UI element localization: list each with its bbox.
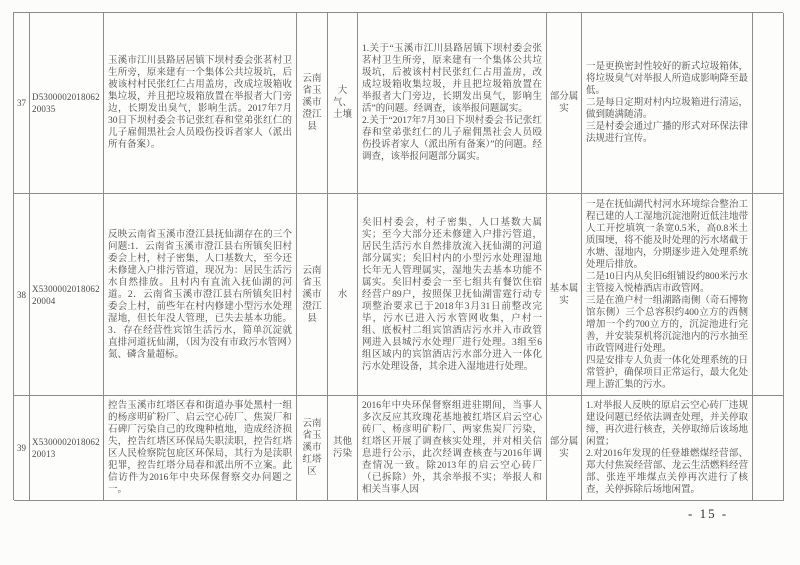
case-id: X530000201806220004	[30, 282, 103, 308]
row37-case-id-cell: D530000201806220035	[30, 13, 104, 194]
complaint-text: 反映云南省玉溪市澄江县抚仙湖存在的三个问题:1．云南省玉溪市澄江县右所镇矣旧村委…	[104, 226, 296, 364]
row-number: 37	[14, 97, 29, 109]
row38-case-id-cell: X530000201806220004	[30, 194, 104, 396]
verdict-text: 部分属实	[547, 436, 581, 460]
row38-measures-cell: 一是在抚仙湖代村河水环境综合整治工程已建的人工湿地沉淀池附近低洼地带人工开挖填筑…	[582, 194, 753, 396]
row38-pollution-type-cell: 水	[328, 194, 358, 396]
pollution-type-text: 其他污染	[328, 436, 357, 460]
row38-complaint-cell: 反映云南省玉溪市澄江县抚仙湖存在的三个问题:1．云南省玉溪市澄江县右所镇矣旧村委…	[104, 194, 297, 396]
row37-complaint-cell: 玉溪市江川县路居居镇下坝村委会张茗村卫生所旁，原来建有一个集体公共垃圾坑，后被该…	[104, 13, 297, 194]
row39-number-cell: 39	[14, 396, 30, 501]
case-id: D530000201806220035	[30, 90, 103, 116]
row38-investigation-cell: 矣旧村委会，村子密集，人口基数大属实；至今大部分还未修建入户排污管道，居民生活污…	[358, 194, 547, 396]
row39-verdict-cell: 部分属实	[547, 396, 582, 501]
row39-investigation-cell: 2016年中央环保督察组进驻期间，当事人多次反应其玫瑰花基地被红塔区启云空心砖厂…	[358, 396, 547, 501]
row37-region-cell: 云南省玉溪市澄江县	[297, 13, 328, 194]
row38-verdict-cell: 基本属实	[547, 194, 582, 396]
measures-text: 1.对举报人反映的原启云空心砖厂违规建设问题已经依法调查处理，并关停取缔，再次进…	[582, 397, 752, 499]
row39-region-cell: 云南省玉溪市红塔区	[297, 396, 328, 501]
row37-number-cell: 37	[14, 13, 30, 194]
investigation-text: 矣旧村委会，村子密集，人口基数大属实；至今大部分还未修建入户排污管道，居民生活污…	[358, 214, 546, 376]
row38-region-cell: 云南省玉溪市澄江县	[297, 194, 328, 396]
inspection-cases-table: 37 D530000201806220035 玉溪市江川县路居居镇下坝村委会张茗…	[13, 12, 783, 500]
verdict-text: 部分属实	[547, 91, 581, 115]
verdict-text: 基本属实	[547, 283, 581, 307]
row38-number-cell: 38	[14, 194, 30, 396]
case-id: X530000201806220013	[30, 435, 103, 461]
measures-text: 一是更换密封性较好的新式垃圾箱体，将垃圾臭气对举报人所造成影响降至最低。 二是每…	[582, 58, 752, 148]
region-text: 云南省玉溪市澄江县	[297, 73, 327, 133]
pollution-type-text: 大气、土壤	[328, 85, 357, 121]
investigation-text: 2016年中央环保督察组进驻期间，当事人多次反应其玫瑰花基地被红塔区启云空心砖厂…	[358, 397, 546, 499]
row39-pollution-type-cell: 其他污染	[328, 396, 358, 501]
measures-text: 一是在抚仙湖代村河水环境综合整治工程已建的人工湿地沉淀池附近低洼地带人工开挖填筑…	[582, 196, 752, 394]
page-number: - 15 -	[688, 506, 728, 522]
row37-remarks-cell	[753, 13, 784, 194]
row37-pollution-type-cell: 大气、土壤	[328, 13, 358, 194]
row39-complaint-cell: 控告玉溪市红塔区春和街道办事处黑村一组的杨彦明矿粉厂、启云空心砖厂、焦炭厂和石碑…	[104, 396, 297, 501]
row39-remarks-cell	[753, 396, 784, 501]
pollution-type-text: 水	[328, 289, 357, 301]
document-page: 37 D530000201806220035 玉溪市江川县路居居镇下坝村委会张茗…	[0, 0, 800, 565]
complaint-text: 控告玉溪市红塔区春和街道办事处黑村一组的杨彦明矿粉厂、启云空心砖厂、焦炭厂和石碑…	[104, 397, 296, 499]
region-text: 云南省玉溪市红塔区	[297, 418, 327, 478]
region-text: 云南省玉溪市澄江县	[297, 265, 327, 325]
row39-measures-cell: 1.对举报人反映的原启云空心砖厂违规建设问题已经依法调查处理，并关停取缔，再次进…	[582, 396, 753, 501]
row37-verdict-cell: 部分属实	[547, 13, 582, 194]
row-number: 39	[14, 442, 29, 454]
row37-measures-cell: 一是更换密封性较好的新式垃圾箱体，将垃圾臭气对举报人所造成影响降至最低。 二是每…	[582, 13, 753, 194]
complaint-text: 玉溪市江川县路居居镇下坝村委会张茗村卫生所旁，原来建有一个集体公共垃圾坑，后被该…	[104, 52, 296, 154]
row39-case-id-cell: X530000201806220013	[30, 396, 104, 501]
row-number: 38	[14, 289, 29, 301]
row37-investigation-cell: 1.关于“玉溪市江川县路居镇下坝村委会张茗村卫生所旁，原来建有一个集体公共垃圾坑…	[358, 13, 547, 194]
investigation-text: 1.关于“玉溪市江川县路居镇下坝村委会张茗村卫生所旁，原来建有一个集体公共垃圾坑…	[358, 40, 546, 166]
row38-remarks-cell	[753, 194, 784, 396]
